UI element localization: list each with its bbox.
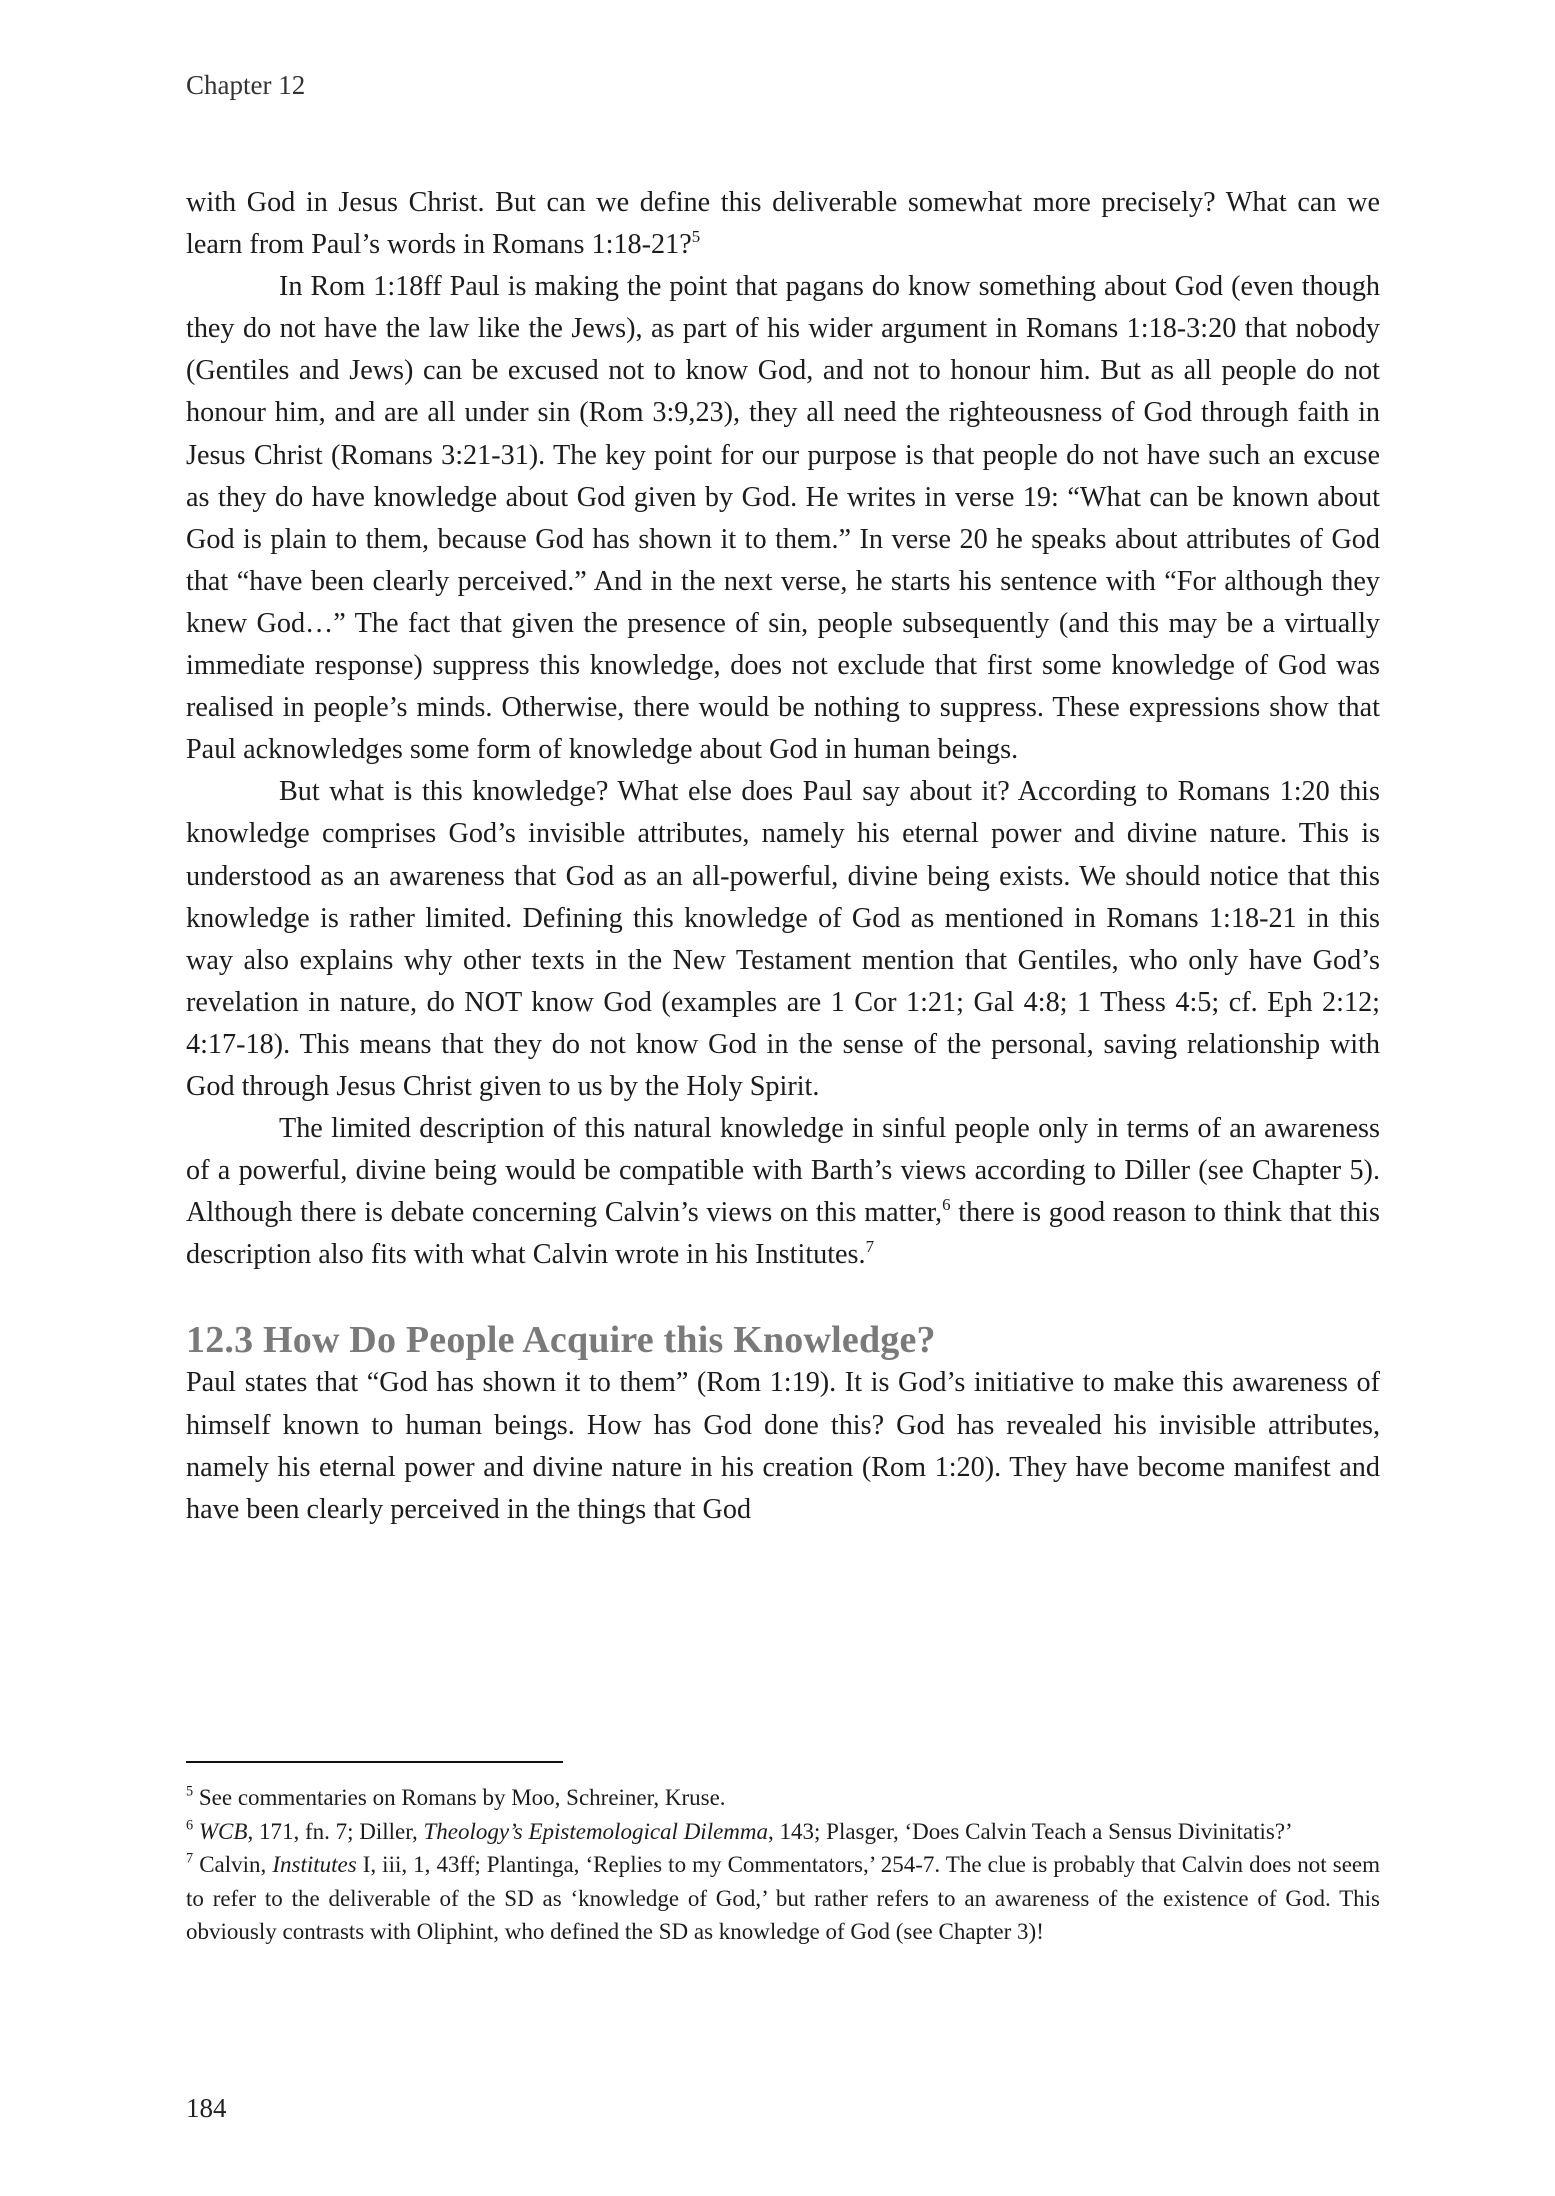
footnote-5: 5 See commentaries on Romans by Moo, Sch… (186, 1781, 1380, 1815)
running-head: Chapter 12 (186, 70, 305, 101)
section-paragraph: Paul states that “God has shown it to th… (186, 1362, 1380, 1530)
footnote-text: , 143; Plasger, ‘Does Calvin Teach a Sen… (768, 1819, 1293, 1844)
footnote-text: Calvin, (199, 1852, 272, 1877)
footnote-ref-6[interactable]: 6 (942, 1195, 950, 1214)
footnotes: 5 See commentaries on Romans by Moo, Sch… (186, 1781, 1380, 1949)
paragraph-3: But what is this knowledge? What else do… (186, 771, 1380, 1108)
page-number: 184 (186, 2093, 227, 2124)
body-text: with God in Jesus Christ. But can we def… (186, 182, 1380, 1531)
section-heading: 12.3 How Do People Acquire this Knowledg… (186, 1316, 1380, 1364)
footnote-text: I, iii, 1, 43ff; Plantinga, ‘Replies to … (186, 1852, 1380, 1944)
paragraph-4: The limited description of this natural … (186, 1108, 1380, 1276)
footnote-number: 6 (186, 1817, 193, 1833)
footnote-6: 6 WCB, 171, fn. 7; Diller, Theology’s Ep… (186, 1815, 1380, 1849)
footnote-title: Institutes (272, 1852, 356, 1877)
paragraph-2: In Rom 1:18ff Paul is making the point t… (186, 266, 1380, 771)
footnote-number: 5 (186, 1784, 193, 1800)
paragraph-1: with God in Jesus Christ. But can we def… (186, 182, 1380, 266)
footnote-title: Theology’s Epistemological Dilemma (423, 1819, 768, 1844)
footnote-text: , 171, fn. 7; Diller, (247, 1819, 423, 1844)
footnote-ref-5[interactable]: 5 (692, 227, 700, 246)
paragraph-text: with God in Jesus Christ. But can we def… (186, 187, 1380, 260)
footnote-title: WCB (199, 1819, 248, 1844)
footnote-separator (186, 1761, 563, 1763)
footnote-text: See commentaries on Romans by Moo, Schre… (199, 1785, 726, 1810)
footnote-ref-7[interactable]: 7 (866, 1237, 874, 1256)
footnote-number: 7 (186, 1851, 193, 1867)
footnote-7: 7 Calvin, Institutes I, iii, 1, 43ff; Pl… (186, 1848, 1380, 1949)
